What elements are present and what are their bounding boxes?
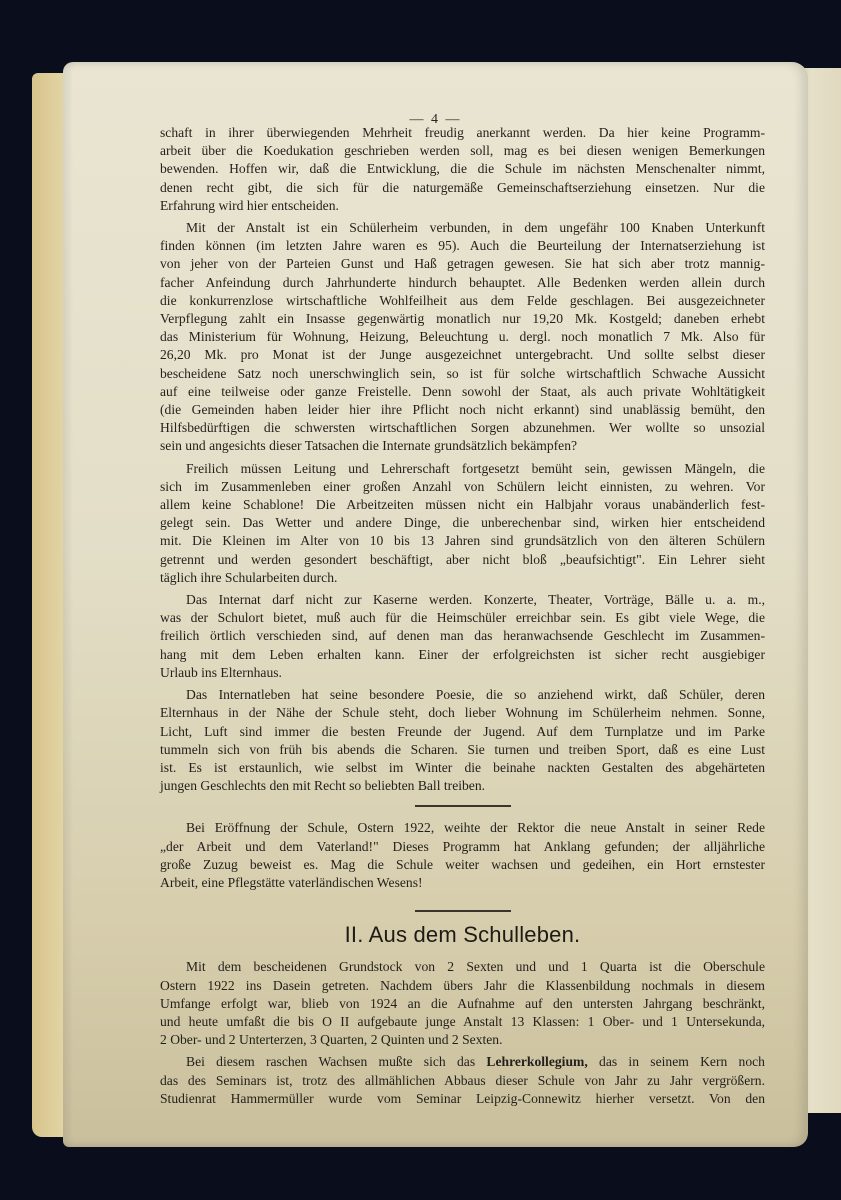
text-line: Mit der Anstalt ist ein Schülerheim verb…: [160, 219, 765, 237]
bold-term-lehrerkollegium: Lehrerkollegium,: [486, 1054, 587, 1069]
text-line: bescheidene Satz noch unerschwinglich se…: [160, 365, 765, 383]
text-line: Das Internat darf nicht zur Kaserne werd…: [160, 591, 765, 609]
text-line: getrennt und werden gesondert beschäftig…: [160, 551, 765, 569]
text-line: Freilich müssen Leitung und Lehrerschaft…: [160, 460, 765, 478]
text-line: gelegt sein. Das Wetter und andere Dinge…: [160, 514, 765, 532]
paragraph-koedukation: schaft in ihrer überwiegenden Mehrheit f…: [160, 124, 765, 215]
paragraph-grundstock: Mit dem bescheidenen Grundstock von 2 Se…: [160, 958, 765, 1049]
text-line: Elternhaus in der Nähe der Schule steht,…: [160, 704, 765, 722]
text-line: facher Anfeindung durch Jahrhunderte hin…: [160, 274, 765, 292]
text-line: ist. Es ist erstaunlich, wie selbst im W…: [160, 759, 765, 777]
text-line: arbeit über die Koedukation geschrieben …: [160, 142, 765, 160]
section-heading: II. Aus dem Schulleben.: [160, 926, 765, 944]
paragraph-eroeffnung: Bei Eröffnung der Schule, Ostern 1922, w…: [160, 819, 765, 892]
text-line: Studienrat Hammermüller wurde vom Semina…: [160, 1090, 765, 1108]
paragraph-internatleben: Das Internatleben hat seine besondere Po…: [160, 686, 765, 795]
text-line: Umfange erfolgt war, blieb von 1924 an d…: [160, 995, 765, 1013]
text-line: Licht, Luft sind immer die besten Freund…: [160, 723, 765, 741]
text-line: Verpflegung zahlt ein Insasse gegenwärti…: [160, 310, 765, 328]
divider-rule: [415, 805, 511, 807]
text-line: Mit dem bescheidenen Grundstock von 2 Se…: [160, 958, 765, 976]
text-line: das des Seminars ist, trotz des allmähli…: [160, 1072, 765, 1090]
text-line: von jeher von der Parteien Gunst und Haß…: [160, 255, 765, 273]
text-line: Bei diesem raschen Wachsen mußte sich da…: [160, 1053, 765, 1071]
page-content: schaft in ihrer überwiegenden Mehrheit f…: [160, 124, 765, 1112]
text-fragment: das in seinem Kern noch: [588, 1054, 765, 1069]
text-line: denen recht gibt, die sich für die natur…: [160, 179, 765, 197]
document-page: — 4 — schaft in ihrer überwiegenden Mehr…: [63, 62, 808, 1147]
text-line: Hilfsbedürftigen die schwersten wirtscha…: [160, 419, 765, 437]
text-line: Ostern 1922 ins Dasein getreten. Nachdem…: [160, 977, 765, 995]
paragraph-leitung: Freilich müssen Leitung und Lehrerschaft…: [160, 460, 765, 587]
text-line: mit. Die Kleinen im Alter von 10 bis 13 …: [160, 532, 765, 550]
text-line: 26,20 Mk. pro Monat ist der Junge ausgez…: [160, 346, 765, 364]
text-line: (die Gemeinden haben leider hier ihre Pf…: [160, 401, 765, 419]
text-fragment: Bei diesem raschen Wachsen mußte sich da…: [186, 1054, 486, 1069]
text-line: und heute umfaßt die bis O II aufgebaute…: [160, 1013, 765, 1031]
text-line: auf eine teilweise oder ganze Freistelle…: [160, 383, 765, 401]
text-line: Bei Eröffnung der Schule, Ostern 1922, w…: [160, 819, 765, 837]
text-line: schaft in ihrer überwiegenden Mehrheit f…: [160, 124, 765, 142]
text-line: „der Arbeit und dem Vaterland!" Dieses P…: [160, 838, 765, 856]
text-line: 2 Ober- und 2 Unterterzen, 3 Quarten, 2 …: [160, 1031, 765, 1049]
text-line: hang mit dem Leben erhalten kann. Einer …: [160, 646, 765, 664]
paragraph-schuelerheim: Mit der Anstalt ist ein Schülerheim verb…: [160, 219, 765, 456]
text-line: große Zuzug beweist es. Mag die Schule w…: [160, 856, 765, 874]
text-line: allem keine Schablone! Die Arbeitzeiten …: [160, 496, 765, 514]
text-line: sich im Zusammenleben einer großen Anzah…: [160, 478, 765, 496]
text-line: Arbeit, eine Pflegstätte vaterländischen…: [160, 874, 765, 892]
paragraph-lehrerkollegium: Bei diesem raschen Wachsen mußte sich da…: [160, 1053, 765, 1108]
text-line: finden können (im letzten Jahre waren es…: [160, 237, 765, 255]
text-line: was der Schulort bietet, muß auch für di…: [160, 609, 765, 627]
text-line: Urlaub ins Elternhaus.: [160, 664, 765, 682]
text-line: das Ministerium für Wohnung, Heizung, Be…: [160, 328, 765, 346]
paragraph-internat-kaserne: Das Internat darf nicht zur Kaserne werd…: [160, 591, 765, 682]
text-line: bewenden. Hoffen wir, daß die Entwicklun…: [160, 160, 765, 178]
text-line: tummeln sich von früh bis abends die Sch…: [160, 741, 765, 759]
text-line: freilich örtlich verschieden sind, auf d…: [160, 627, 765, 645]
text-line: die konkurrenzlose wirtschaftliche Wohlf…: [160, 292, 765, 310]
text-line: Das Internatleben hat seine besondere Po…: [160, 686, 765, 704]
text-line: jungen Geschlechts den mit Recht so beli…: [160, 777, 765, 795]
text-line: Erfahrung wird hier entscheiden.: [160, 197, 765, 215]
text-line: sein und angesichts dieser Tatsachen die…: [160, 437, 765, 455]
text-line: täglich ihre Schularbeiten durch.: [160, 569, 765, 587]
divider-rule: [415, 910, 511, 912]
